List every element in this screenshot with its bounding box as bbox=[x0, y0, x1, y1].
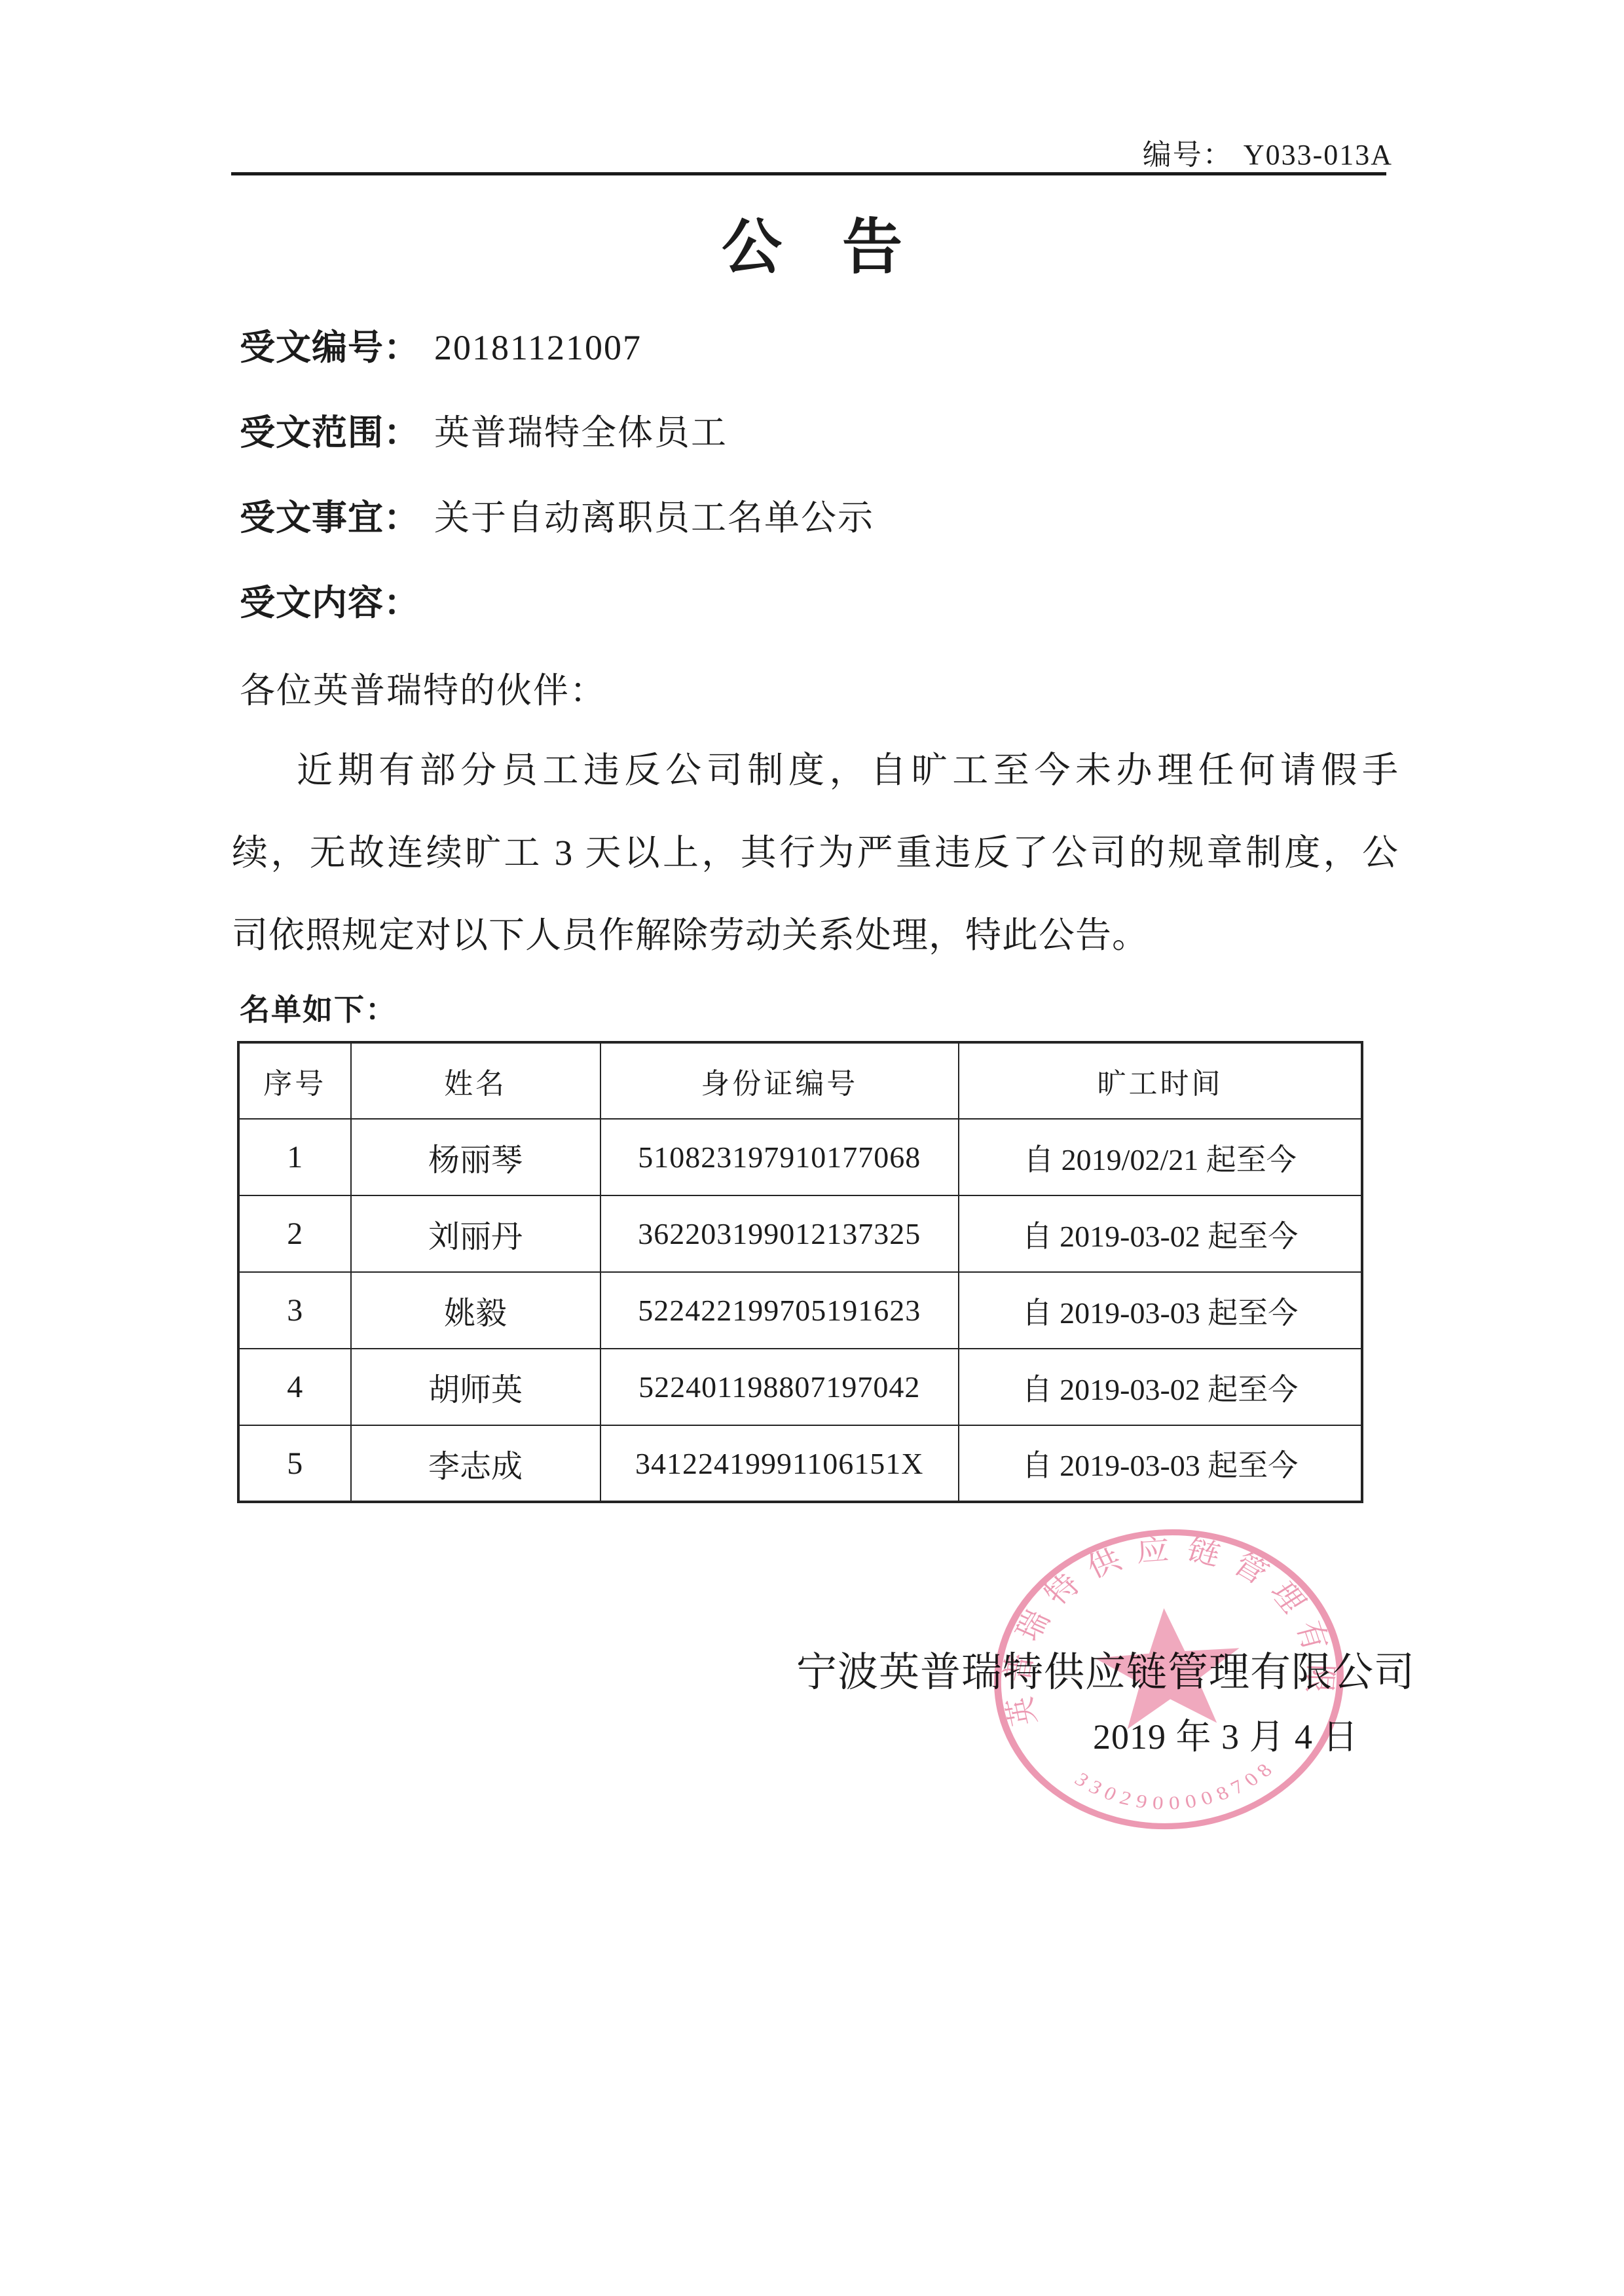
cell-id-number: 522401198807197042 bbox=[600, 1349, 959, 1425]
cell-absence-duration: 自 2019-03-02 起至今 bbox=[959, 1349, 1362, 1425]
company-seal: 宁波英普瑞特供应链管理有限公司 3302900008708 bbox=[975, 1510, 1363, 1849]
cell-name: 杨丽琴 bbox=[351, 1119, 600, 1195]
meta-value: 英普瑞特全体员工 bbox=[434, 413, 728, 452]
cell-absence-duration: 自 2019-03-03 起至今 bbox=[959, 1425, 1362, 1502]
cell-index: 2 bbox=[238, 1195, 351, 1272]
table-row: 3 姚毅 522422199705191623 自 2019-03-03 起至今 bbox=[238, 1272, 1362, 1349]
cell-absence-duration: 自 2019-03-03 起至今 bbox=[959, 1272, 1362, 1349]
meta-value: 关于自动离职员工名单公示 bbox=[434, 498, 874, 538]
paragraph-line: 续，无故连续旷工 3 天以上，其行为严重违反了公司的规章制度，公 bbox=[232, 812, 1399, 894]
terminated-employee-table: 序号 姓名 身份证编号 旷工时间 1 杨丽琴 51082319791017706… bbox=[237, 1041, 1363, 1503]
doc-number-line: 编号：Y033-013A bbox=[1143, 131, 1393, 173]
column-header-id: 身份证编号 bbox=[600, 1042, 959, 1119]
page-title: 公 告 bbox=[0, 215, 1624, 281]
meta-line-subject: 受文事宜：关于自动离职员工名单公示 bbox=[240, 490, 874, 525]
meta-line-scope: 受文范围：英普瑞特全体员工 bbox=[240, 405, 874, 440]
meta-line-doc-id: 受文编号：20181121007 bbox=[240, 319, 874, 355]
column-header-name: 姓名 bbox=[351, 1042, 600, 1119]
star-icon bbox=[1092, 1603, 1244, 1731]
column-header-duration: 旷工时间 bbox=[959, 1042, 1362, 1119]
table-row: 5 李志成 34122419991106151X 自 2019-03-03 起至… bbox=[238, 1425, 1362, 1502]
meta-line-content: 受文内容： bbox=[240, 575, 874, 610]
meta-block: 受文编号：20181121007 受文范围：英普瑞特全体员工 受文事宜：关于自动… bbox=[240, 319, 874, 660]
meta-label: 受文范围： bbox=[240, 413, 420, 452]
cell-id-number: 522422199705191623 bbox=[600, 1272, 959, 1349]
header-divider bbox=[231, 172, 1386, 175]
cell-index: 3 bbox=[238, 1272, 351, 1349]
cell-absence-duration: 自 2019/02/21 起至今 bbox=[959, 1119, 1362, 1195]
cell-index: 4 bbox=[238, 1349, 351, 1425]
doc-number-value: Y033-013A bbox=[1244, 139, 1393, 171]
employee-table-body: 1 杨丽琴 510823197910177068 自 2019/02/21 起至… bbox=[238, 1119, 1362, 1502]
cell-index: 1 bbox=[238, 1119, 351, 1195]
list-intro-label: 名单如下： bbox=[240, 986, 397, 1029]
meta-label: 受文内容： bbox=[240, 583, 420, 623]
column-header-index: 序号 bbox=[238, 1042, 351, 1119]
paragraph-line: 近期有部分员工违反公司制度，自旷工至今未办理任何请假手 bbox=[232, 729, 1399, 812]
table-row: 4 胡师英 522401198807197042 自 2019-03-02 起至… bbox=[238, 1349, 1362, 1425]
cell-name: 姚毅 bbox=[351, 1272, 600, 1349]
table-header-row: 序号 姓名 身份证编号 旷工时间 bbox=[238, 1042, 1362, 1119]
cell-name: 胡师英 bbox=[351, 1349, 600, 1425]
cell-name: 李志成 bbox=[351, 1425, 600, 1502]
table-row: 1 杨丽琴 510823197910177068 自 2019/02/21 起至… bbox=[238, 1119, 1362, 1195]
cell-id-number: 34122419991106151X bbox=[600, 1425, 959, 1502]
body-paragraph: 近期有部分员工违反公司制度，自旷工至今未办理任何请假手 续，无故连续旷工 3 天… bbox=[232, 729, 1399, 977]
cell-id-number: 510823197910177068 bbox=[600, 1119, 959, 1195]
announcement-document: 编号：Y033-013A 公 告 受文编号：20181121007 受文范围：英… bbox=[0, 0, 1624, 2296]
meta-label: 受文事宜： bbox=[240, 498, 420, 538]
meta-value: 20181121007 bbox=[434, 328, 642, 367]
cell-absence-duration: 自 2019-03-02 起至今 bbox=[959, 1195, 1362, 1272]
table-row: 2 刘丽丹 362203199012137325 自 2019-03-02 起至… bbox=[238, 1195, 1362, 1272]
seal-registration-number: 3302900008708 bbox=[1069, 1755, 1283, 1821]
cell-index: 5 bbox=[238, 1425, 351, 1502]
meta-label: 受文编号： bbox=[240, 328, 420, 367]
doc-number-label: 编号： bbox=[1143, 139, 1233, 171]
cell-name: 刘丽丹 bbox=[351, 1195, 600, 1272]
greeting-line: 各位英普瑞特的伙伴： bbox=[240, 663, 606, 713]
cell-id-number: 362203199012137325 bbox=[600, 1195, 959, 1272]
paragraph-line: 司依照规定对以下人员作解除劳动关系处理，特此公告。 bbox=[232, 894, 1399, 977]
